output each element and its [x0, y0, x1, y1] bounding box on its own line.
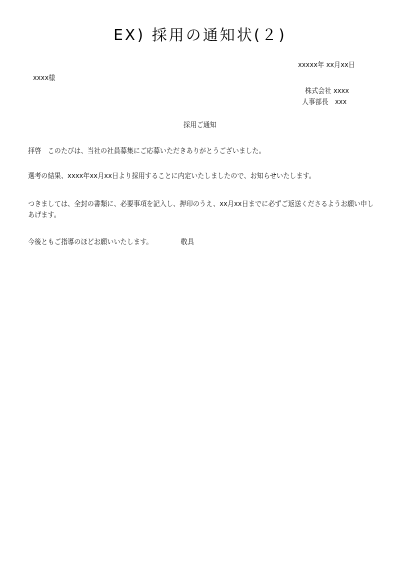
document-date: xxxxx年 xx月xx日 [298, 61, 355, 70]
closing-word: 敬具 [181, 238, 194, 246]
sender-department: 人事部長 xxx [302, 98, 347, 107]
paragraph-closing: 今後ともご指導のほどお願いいたします。敬具 [28, 238, 194, 247]
document-title: EX) 採用の通知状(２) [0, 24, 400, 45]
letter-subject: 採用ご通知 [0, 121, 400, 130]
paragraph-result: 選考の結果、xxxx年xx月xx日より採用することに内定いたしましたので、お知ら… [28, 172, 316, 181]
paragraph-greeting: 拝啓 このたびは、当社の社員募集にご応募いただきありがとうございました。 [28, 147, 265, 156]
closing-sentence: 今後ともご指導のほどお願いいたします。 [28, 238, 153, 246]
addressee: xxxx様 [33, 74, 55, 83]
document-page: EX) 採用の通知状(２) xxxxx年 xx月xx日 xxxx様 株式会社 x… [0, 0, 400, 565]
sender-company: 株式会社 xxxx [305, 87, 349, 96]
paragraph-instructions: つきましては、全封の書類に、必要事項を記入し、押印のうえ、xx月xx日までに必ず… [28, 199, 378, 221]
